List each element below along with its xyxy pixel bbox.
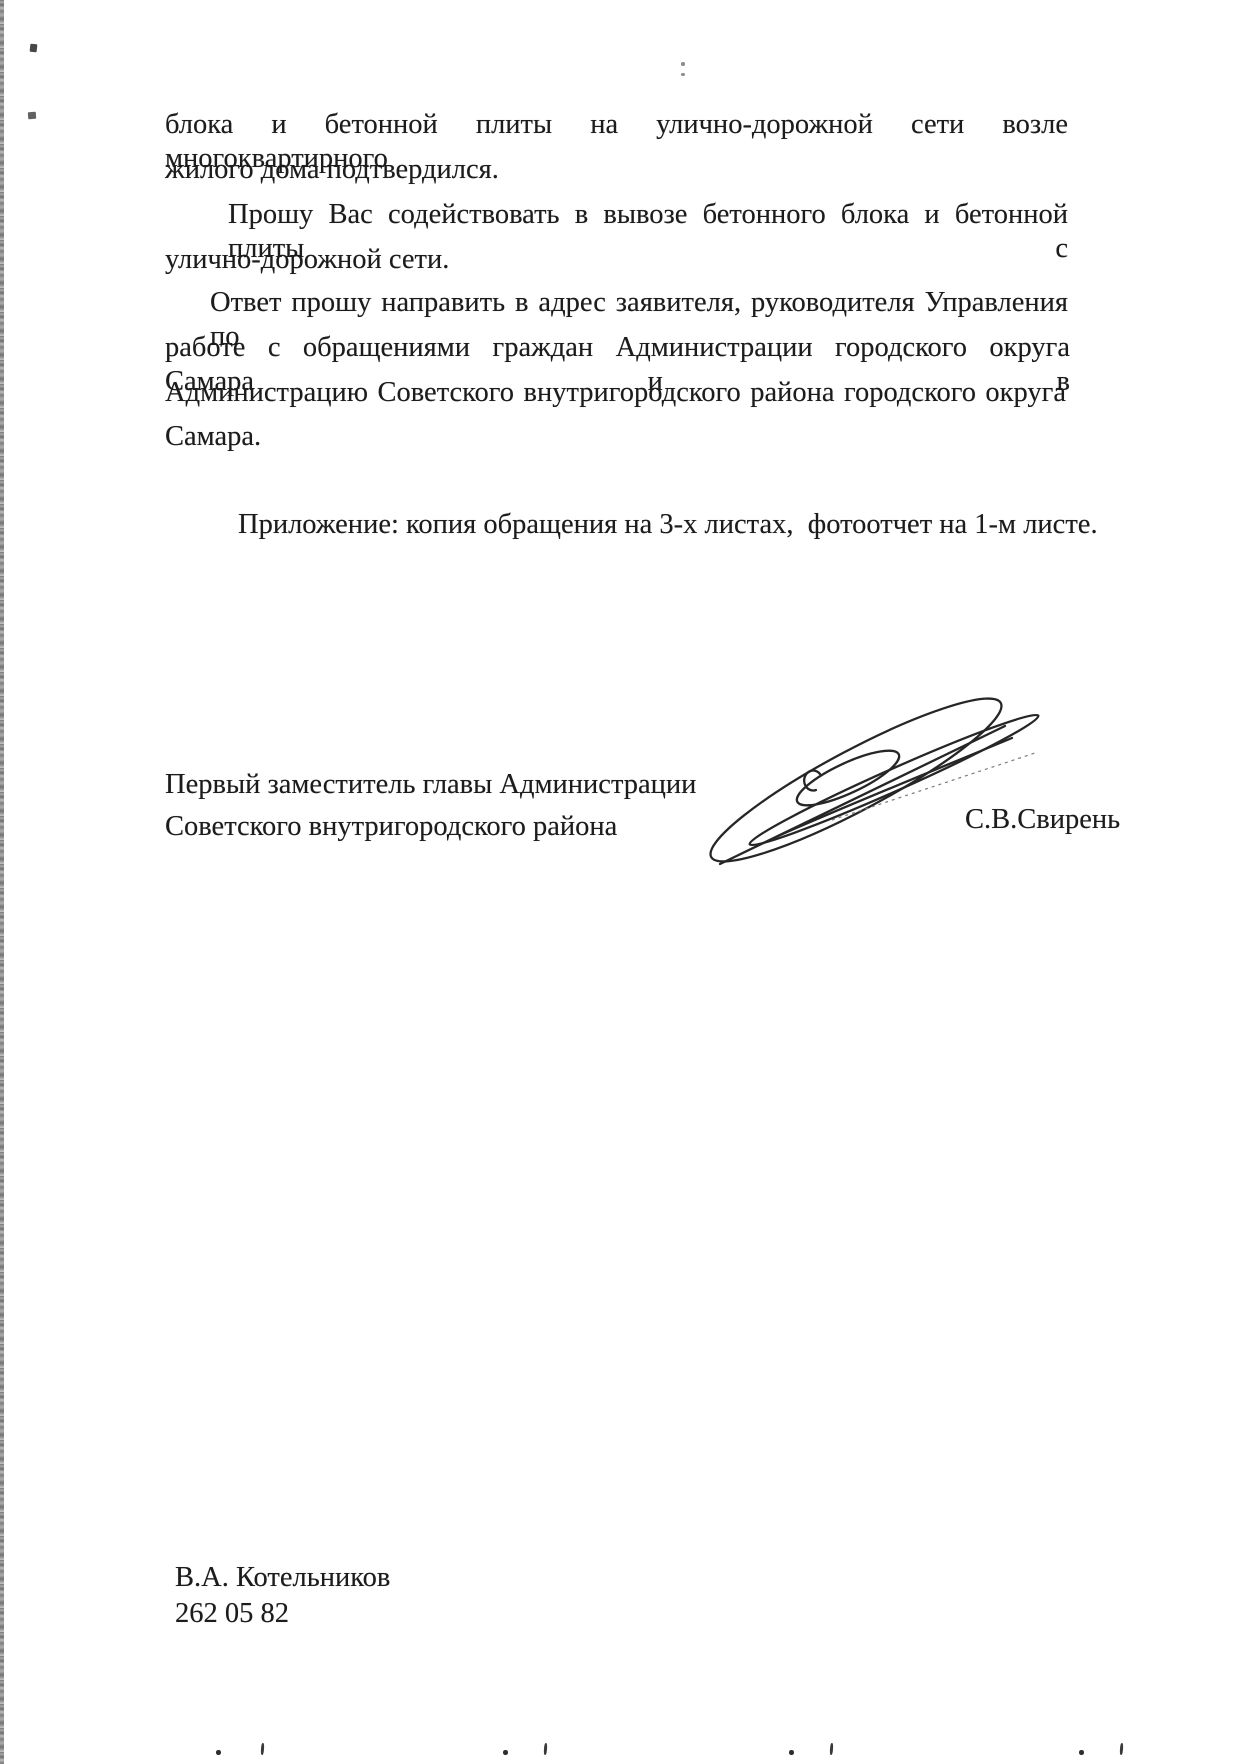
contact-phone: 262 05 82 xyxy=(175,1597,289,1631)
body-line: Администрацию Советского внутригородског… xyxy=(165,376,1066,410)
scanned-letter-page: блока и бетонной плиты на улично-дорожно… xyxy=(0,0,1245,1764)
attachment-line: Приложение: копия обращения на 3-х листа… xyxy=(238,508,1098,542)
scan-speck xyxy=(1120,1743,1124,1755)
scan-speck xyxy=(1079,1750,1084,1755)
contact-name: В.А. Котельников xyxy=(175,1561,390,1595)
scan-speck xyxy=(216,1750,221,1755)
body-line: Самара. xyxy=(165,420,261,454)
handwritten-signature-icon xyxy=(660,668,1100,880)
scan-speck xyxy=(830,1743,834,1755)
scan-speck xyxy=(261,1743,265,1755)
body-line: жилого дома подтвердился. xyxy=(165,153,499,187)
body-line: улично-дорожной сети. xyxy=(165,243,449,277)
scan-speck xyxy=(30,44,38,53)
scan-speck xyxy=(681,62,685,83)
scan-speck xyxy=(544,1743,548,1755)
signer-title-line1: Первый заместитель главы Администрации xyxy=(165,768,696,802)
scan-speck xyxy=(789,1750,794,1755)
scan-edge-artifact xyxy=(0,0,4,1764)
scan-speck xyxy=(28,112,36,120)
scan-speck xyxy=(503,1750,508,1755)
signer-title-line2: Советского внутригородского района xyxy=(165,810,617,844)
